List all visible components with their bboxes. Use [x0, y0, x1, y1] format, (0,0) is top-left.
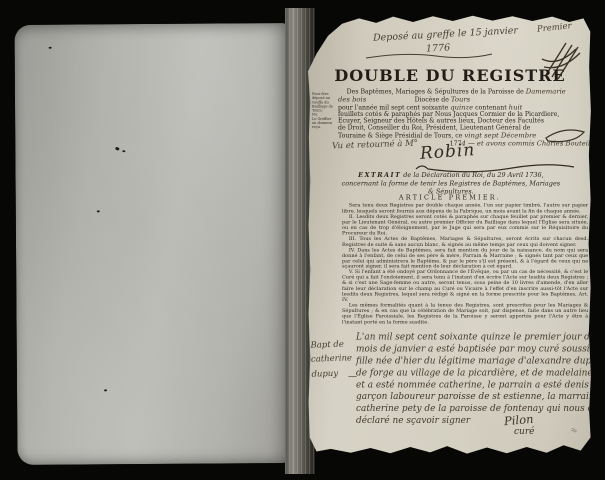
- handwritten-parish-name: Damemarie: [526, 87, 566, 95]
- paper-speck: [49, 47, 52, 49]
- ink-oval-flourish-icon: [544, 125, 588, 147]
- act-line: garçon laboureur paroisse de st estienne…: [356, 391, 591, 403]
- paper-speck: [122, 150, 125, 152]
- header-print-text: Des Baptêmes, Mariages & Sépultures de l…: [347, 89, 524, 96]
- act-line: mois de janvier a esté baptisée par moy …: [356, 344, 591, 356]
- article-paragraph: IV. Dans les Actes de Baptêmes, sera fai…: [342, 247, 588, 269]
- act-line: déclaré ne sçavoir signer: [356, 415, 591, 427]
- article-paragraph: V. Si l'enfant a été ondoyé par Ordonnan…: [342, 270, 588, 303]
- handwritten-baptism-act: L'an mil sept cent soixante quinze le pr…: [356, 332, 590, 444]
- paper-speck: [115, 146, 120, 151]
- act-line: fille née d'hier du légitime mariage d'a…: [356, 356, 591, 368]
- article-paragraph: III. Tous les Actes de Baptêmes, Mariage…: [342, 236, 588, 247]
- paper-speck: [97, 210, 100, 212]
- handwritten-parish-name-2: des bois: [338, 95, 366, 103]
- extrait-lead-word: EXTRAIT: [358, 172, 401, 179]
- ink-flourish-icon: [364, 51, 494, 61]
- act-margin-line: Bapt de: [310, 337, 352, 353]
- handwritten-premier-label: Premier: [537, 21, 573, 35]
- act-line: catherine pety de la paroisse de fontena…: [356, 403, 591, 415]
- register-title-page: Deposé au greffe le 15 janvier 1776 Prem…: [308, 14, 592, 455]
- priest-signature-title: curé: [514, 427, 534, 437]
- left-blank-page: [14, 23, 289, 465]
- priest-signature: Pilon: [503, 412, 534, 429]
- act-line: et a esté nommée catherine, le parrain a…: [356, 379, 591, 391]
- act-margin-line: catherine: [311, 352, 353, 368]
- act-margin-line: dupuy: [311, 366, 353, 382]
- baptism-act-margin-note: Bapt de catherine dupuy: [310, 337, 353, 382]
- header-print-text: Diocèse de: [415, 97, 449, 104]
- paper-speck: [104, 389, 107, 391]
- act-line: L'an mil sept cent soixante quinze le pr…: [356, 332, 591, 344]
- article-paragraph: II. Lesdits deux Registres seront cotés …: [342, 214, 588, 236]
- handwritten-date: vingt sept Décembre: [464, 131, 536, 139]
- handwritten-diocese: Tours: [451, 95, 470, 103]
- article-paragraph: Sera tenu deux Registres par double chaq…: [342, 203, 588, 214]
- register-photograph: Deposé au greffe le 15 janvier 1776 Prem…: [0, 0, 605, 480]
- handwritten-folio-count: huit: [509, 103, 523, 111]
- page-title: DOUBLE DU REGISTRE: [308, 66, 592, 85]
- act-line: de forge au village de la picardière, et…: [356, 368, 591, 380]
- handwritten-year-word: quinze: [450, 103, 473, 111]
- article-paragraph: Les mêmes formalités quant à la tenue de…: [342, 303, 588, 325]
- handwritten-deposit-note: Deposé au greffe le 15 janvier: [358, 24, 533, 44]
